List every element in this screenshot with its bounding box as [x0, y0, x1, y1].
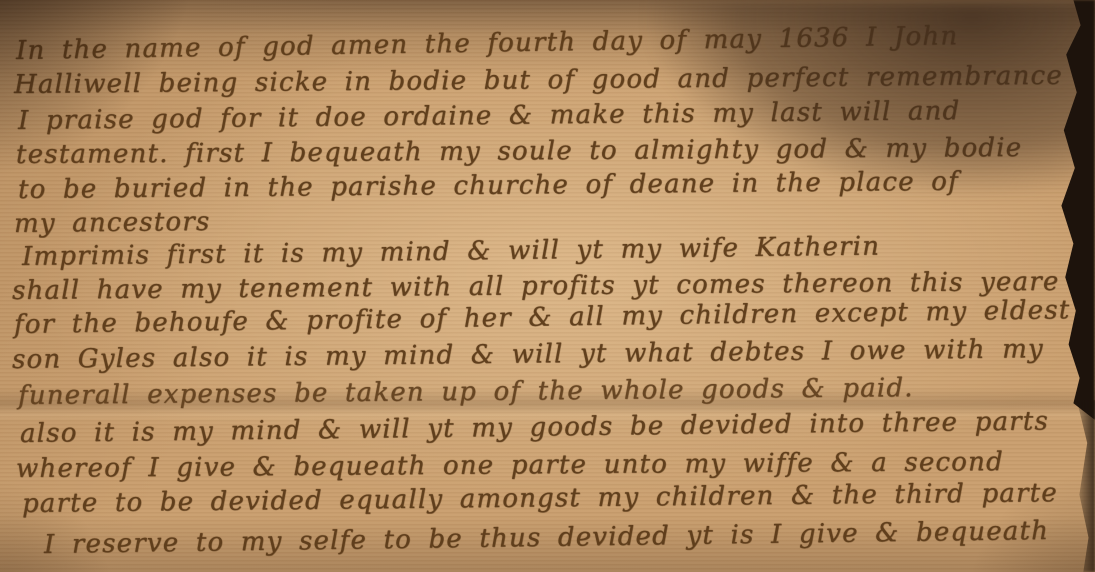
photo-vignette — [0, 0, 1095, 572]
manuscript-photo: In the name of god amen the fourth day o… — [0, 0, 1095, 572]
